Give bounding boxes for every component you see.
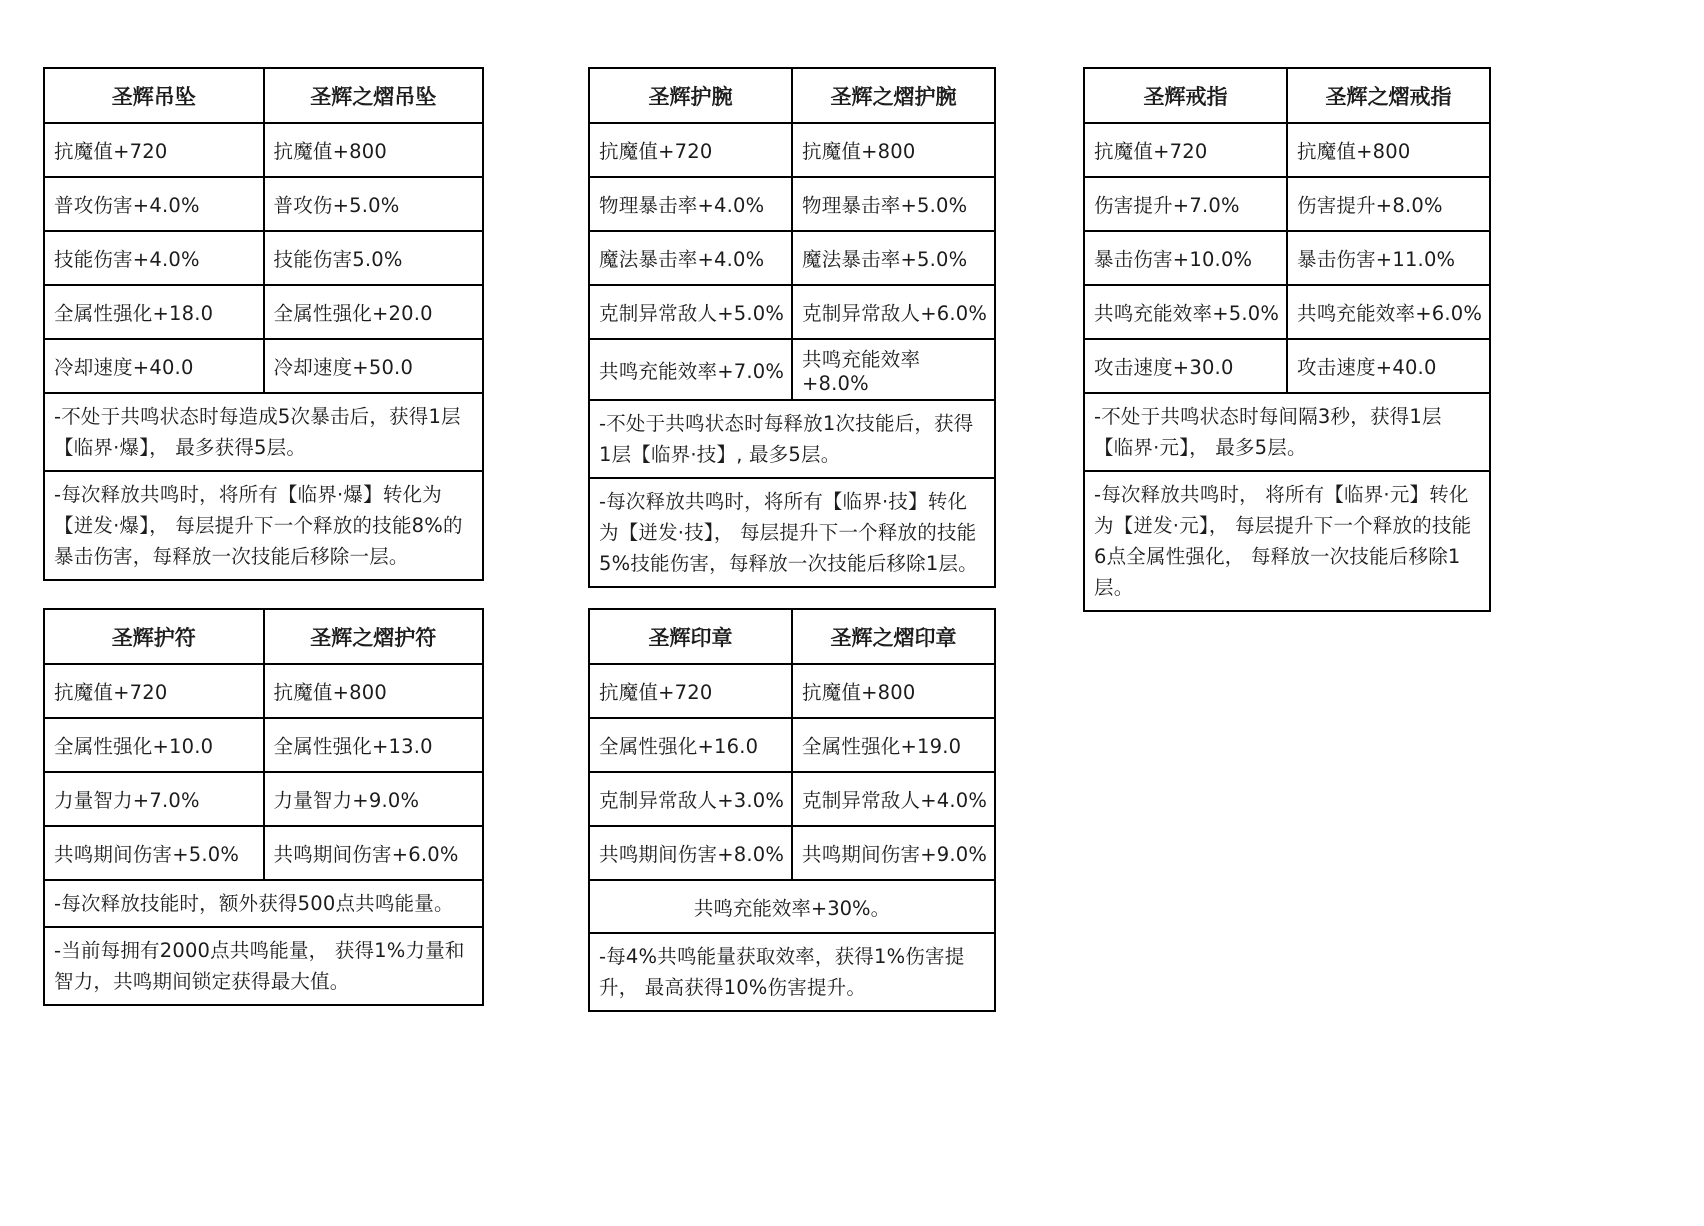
table-row: 共鸣期间伤害+8.0% 共鸣期间伤害+9.0% (589, 826, 995, 880)
stat-cell: 共鸣充能效率+5.0% (1084, 285, 1287, 339)
stat-cell: 伤害提升+7.0% (1084, 177, 1287, 231)
stat-cell: 暴击伤害+10.0% (1084, 231, 1287, 285)
table-row: 普攻伤害+4.0% 普攻伤+5.0% (44, 177, 483, 231)
stat-cell: 冷却速度+50.0 (264, 339, 484, 393)
stat-cell: 全属性强化+10.0 (44, 718, 264, 772)
stat-cell: 技能伤害5.0% (264, 231, 484, 285)
table-header-row: 圣辉戒指 圣辉之熠戒指 (1084, 68, 1490, 123)
table-row: 全属性强化+16.0 全属性强化+19.0 (589, 718, 995, 772)
note-row: -每4%共鸣能量获取效率，获得1%伤害提升， 最高获得10%伤害提升。 (589, 933, 995, 1011)
header-cell-base: 圣辉护符 (44, 609, 264, 664)
table-row: 魔法暴击率+4.0% 魔法暴击率+5.0% (589, 231, 995, 285)
note-cell: -每4%共鸣能量获取效率，获得1%伤害提升， 最高获得10%伤害提升。 (589, 933, 995, 1011)
table-row: 抗魔值+720 抗魔值+800 (1084, 123, 1490, 177)
note-cell: -不处于共鸣状态时每间隔3秒，获得1层【临界·元】， 最多5层。 (1084, 393, 1490, 471)
note-row: -不处于共鸣状态时每造成5次暴击后，获得1层【临界·爆】， 最多获得5层。 (44, 393, 483, 471)
stat-cell: 抗魔值+720 (589, 664, 792, 718)
note-row: -当前每拥有2000点共鸣能量， 获得1%力量和智力，共鸣期间锁定获得最大值。 (44, 927, 483, 1005)
stat-cell: 全属性强化+16.0 (589, 718, 792, 772)
table-row: 攻击速度+30.0 攻击速度+40.0 (1084, 339, 1490, 393)
table-row: 伤害提升+7.0% 伤害提升+8.0% (1084, 177, 1490, 231)
stat-cell: 力量智力+9.0% (264, 772, 484, 826)
stat-cell: 全属性强化+13.0 (264, 718, 484, 772)
header-cell-upgraded: 圣辉之熠护符 (264, 609, 484, 664)
table-header-row: 圣辉护腕 圣辉之熠护腕 (589, 68, 995, 123)
stat-cell: 普攻伤+5.0% (264, 177, 484, 231)
note-row: -每次释放技能时，额外获得500点共鸣能量。 (44, 880, 483, 927)
stat-cell: 魔法暴击率+5.0% (792, 231, 995, 285)
note-cell: -每次释放共鸣时，将所有【临界·爆】转化为【迸发·爆】， 每层提升下一个释放的技… (44, 471, 483, 580)
table-row: 克制异常敌人+3.0% 克制异常敌人+4.0% (589, 772, 995, 826)
stat-cell: 伤害提升+8.0% (1287, 177, 1490, 231)
header-cell-upgraded: 圣辉之熠戒指 (1287, 68, 1490, 123)
stat-cell: 冷却速度+40.0 (44, 339, 264, 393)
stat-cell: 抗魔值+800 (264, 664, 484, 718)
stat-cell: 抗魔值+800 (792, 664, 995, 718)
table-row: 物理暴击率+4.0% 物理暴击率+5.0% (589, 177, 995, 231)
stat-cell: 暴击伤害+11.0% (1287, 231, 1490, 285)
table-amulet: 圣辉护符 圣辉之熠护符 抗魔值+720 抗魔值+800 全属性强化+10.0 全… (43, 608, 484, 1006)
table-header-row: 圣辉吊坠 圣辉之熠吊坠 (44, 68, 483, 123)
stat-cell: 魔法暴击率+4.0% (589, 231, 792, 285)
table-row: 抗魔值+720 抗魔值+800 (589, 664, 995, 718)
table-row: 克制异常敌人+5.0% 克制异常敌人+6.0% (589, 285, 995, 339)
table-row: 抗魔值+720 抗魔值+800 (44, 664, 483, 718)
table-row: 抗魔值+720 抗魔值+800 (589, 123, 995, 177)
stat-cell: 克制异常敌人+3.0% (589, 772, 792, 826)
stat-cell: 共鸣期间伤害+6.0% (264, 826, 484, 880)
note-cell: -不处于共鸣状态时每造成5次暴击后，获得1层【临界·爆】， 最多获得5层。 (44, 393, 483, 471)
table-pendant: 圣辉吊坠 圣辉之熠吊坠 抗魔值+720 抗魔值+800 普攻伤害+4.0% 普攻… (43, 67, 484, 581)
note-cell: -每次释放共鸣时， 将所有【临界·元】转化为【迸发·元】， 每层提升下一个释放的… (1084, 471, 1490, 611)
note-cell: -不处于共鸣状态时每释放1次技能后，获得1层【临界·技】, 最多5层。 (589, 400, 995, 478)
stat-cell: 共鸣充能效率 +8.0% (792, 339, 995, 400)
note-row: -每次释放共鸣时，将所有【临界·爆】转化为【迸发·爆】， 每层提升下一个释放的技… (44, 471, 483, 580)
stat-cell: 抗魔值+720 (44, 123, 264, 177)
stat-cell: 技能伤害+4.0% (44, 231, 264, 285)
stat-cell: 抗魔值+720 (589, 123, 792, 177)
note-row: -每次释放共鸣时， 将所有【临界·元】转化为【迸发·元】， 每层提升下一个释放的… (1084, 471, 1490, 611)
note-row: -不处于共鸣状态时每间隔3秒，获得1层【临界·元】， 最多5层。 (1084, 393, 1490, 471)
header-cell-base: 圣辉戒指 (1084, 68, 1287, 123)
table-row: 抗魔值+720 抗魔值+800 (44, 123, 483, 177)
header-cell-base: 圣辉印章 (589, 609, 792, 664)
header-cell-upgraded: 圣辉之熠吊坠 (264, 68, 484, 123)
stat-cell: 全属性强化+18.0 (44, 285, 264, 339)
table-row: 共鸣充能效率+7.0% 共鸣充能效率 +8.0% (589, 339, 995, 400)
table-row: 技能伤害+4.0% 技能伤害5.0% (44, 231, 483, 285)
header-cell-upgraded: 圣辉之熠印章 (792, 609, 995, 664)
header-cell-base: 圣辉吊坠 (44, 68, 264, 123)
stat-cell: 普攻伤害+4.0% (44, 177, 264, 231)
table-row: 力量智力+7.0% 力量智力+9.0% (44, 772, 483, 826)
note-cell: -当前每拥有2000点共鸣能量， 获得1%力量和智力，共鸣期间锁定获得最大值。 (44, 927, 483, 1005)
note-row: -不处于共鸣状态时每释放1次技能后，获得1层【临界·技】, 最多5层。 (589, 400, 995, 478)
stat-cell: 共鸣充能效率+6.0% (1287, 285, 1490, 339)
table-ring: 圣辉戒指 圣辉之熠戒指 抗魔值+720 抗魔值+800 伤害提升+7.0% 伤害… (1083, 67, 1491, 612)
stat-cell: 攻击速度+40.0 (1287, 339, 1490, 393)
table-row: 共鸣期间伤害+5.0% 共鸣期间伤害+6.0% (44, 826, 483, 880)
stat-cell: 克制异常敌人+4.0% (792, 772, 995, 826)
table-header-row: 圣辉护符 圣辉之熠护符 (44, 609, 483, 664)
stat-cell: 抗魔值+800 (264, 123, 484, 177)
stat-cell: 共鸣期间伤害+9.0% (792, 826, 995, 880)
stat-cell: 全属性强化+20.0 (264, 285, 484, 339)
header-cell-base: 圣辉护腕 (589, 68, 792, 123)
stat-cell: 共鸣充能效率+7.0% (589, 339, 792, 400)
header-cell-upgraded: 圣辉之熠护腕 (792, 68, 995, 123)
table-row: 暴击伤害+10.0% 暴击伤害+11.0% (1084, 231, 1490, 285)
stat-cell: 物理暴击率+4.0% (589, 177, 792, 231)
stat-cell: 克制异常敌人+6.0% (792, 285, 995, 339)
stat-cell: 攻击速度+30.0 (1084, 339, 1287, 393)
stat-cell: 全属性强化+19.0 (792, 718, 995, 772)
note-cell: -每次释放共鸣时，将所有【临界·技】转化为【迸发·技】， 每层提升下一个释放的技… (589, 478, 995, 587)
table-row: 共鸣充能效率+5.0% 共鸣充能效率+6.0% (1084, 285, 1490, 339)
stat-cell: 物理暴击率+5.0% (792, 177, 995, 231)
stat-cell: 共鸣期间伤害+5.0% (44, 826, 264, 880)
stat-cell: 抗魔值+800 (792, 123, 995, 177)
table-seal: 圣辉印章 圣辉之熠印章 抗魔值+720 抗魔值+800 全属性强化+16.0 全… (588, 608, 996, 1012)
table-bracer: 圣辉护腕 圣辉之熠护腕 抗魔值+720 抗魔值+800 物理暴击率+4.0% 物… (588, 67, 996, 588)
stat-cell: 抗魔值+800 (1287, 123, 1490, 177)
table-row: 全属性强化+18.0 全属性强化+20.0 (44, 285, 483, 339)
note-row: -每次释放共鸣时，将所有【临界·技】转化为【迸发·技】， 每层提升下一个释放的技… (589, 478, 995, 587)
table-row: 全属性强化+10.0 全属性强化+13.0 (44, 718, 483, 772)
stat-cell: 共鸣期间伤害+8.0% (589, 826, 792, 880)
note-row: 共鸣充能效率+30%。 (589, 880, 995, 933)
stat-cell: 抗魔值+720 (44, 664, 264, 718)
table-header-row: 圣辉印章 圣辉之熠印章 (589, 609, 995, 664)
stat-cell: 克制异常敌人+5.0% (589, 285, 792, 339)
center-note-cell: 共鸣充能效率+30%。 (589, 880, 995, 933)
stat-cell: 抗魔值+720 (1084, 123, 1287, 177)
table-row: 冷却速度+40.0 冷却速度+50.0 (44, 339, 483, 393)
stat-cell: 力量智力+7.0% (44, 772, 264, 826)
note-cell: -每次释放技能时，额外获得500点共鸣能量。 (44, 880, 483, 927)
